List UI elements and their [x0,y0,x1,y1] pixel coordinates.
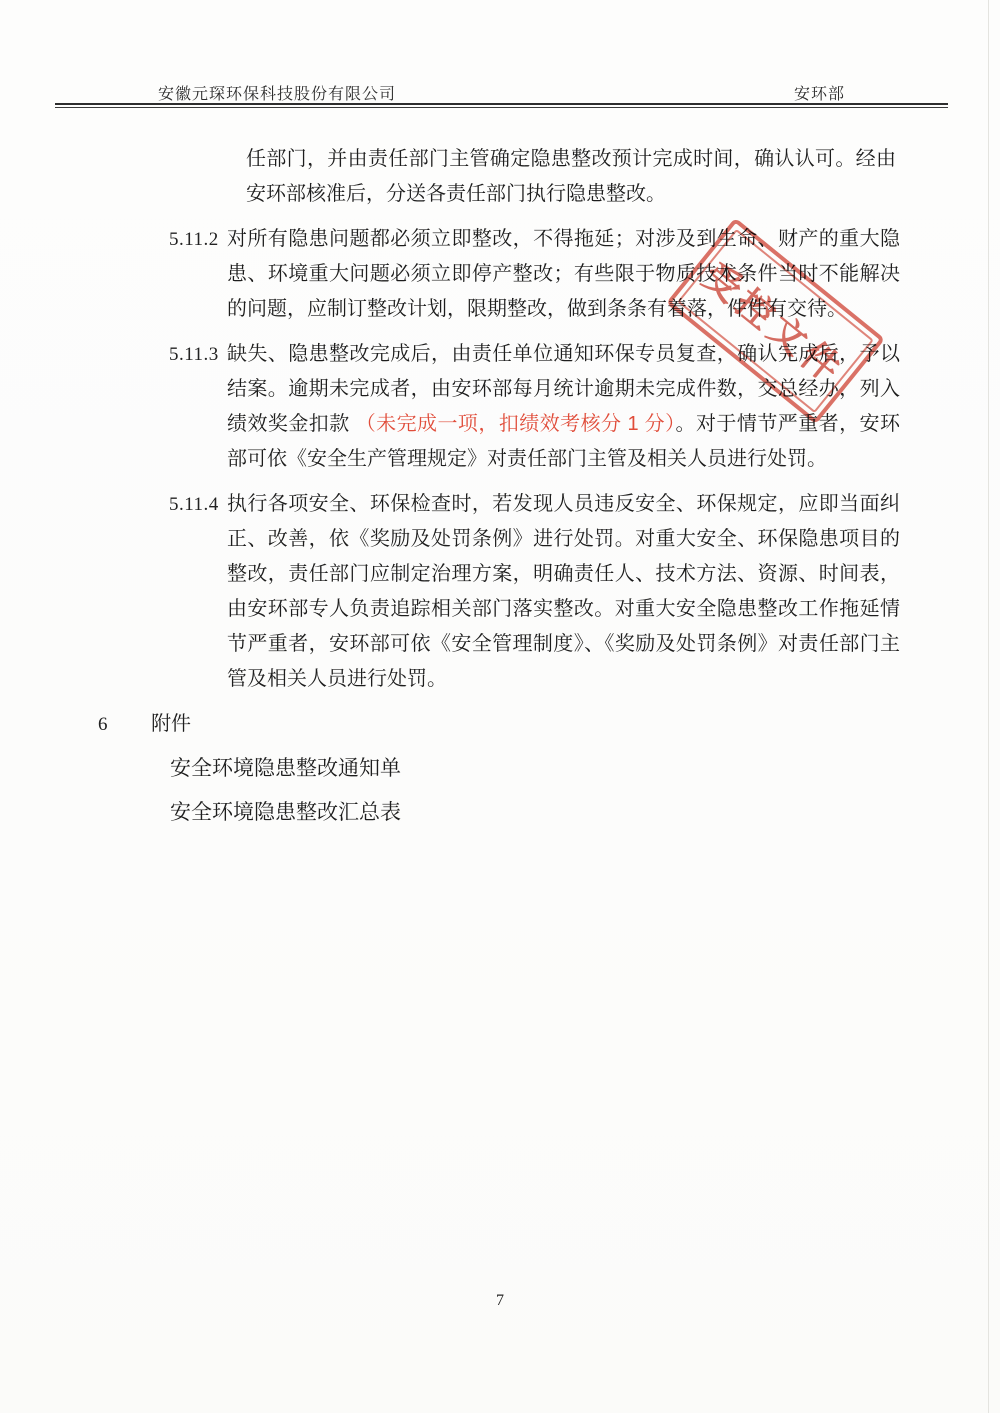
section-5-11-4: 5.11.4 执行各项安全、环保检查时，若发现人员违反安全、环保规定，应即当面纠… [227,487,900,697]
attachment-item-summary-table: 安全环境隐患整改汇总表 [170,795,1000,830]
header-divider [55,103,948,108]
document-page: 安徽元琛环保科技股份有限公司 安环部 任部门，并由责任部门主管确定隐患整改预计完… [0,0,1000,1413]
page-header: 安徽元琛环保科技股份有限公司 安环部 [158,81,845,104]
page-number: 7 [0,1292,1000,1310]
section-5-11-2-number: 5.11.2 [169,222,219,257]
penalty-note-red-text: （未完成一项，扣绩效考核分 1 分） [356,413,676,435]
department-name: 安环部 [794,81,845,104]
section-5-11-3-number: 5.11.3 [169,337,219,372]
section-5-11-2: 5.11.2 对所有隐患问题都必须立即整改，不得拖延；对涉及到生命、财产的重大隐… [227,222,900,327]
attachments-section-title: 附件 [151,713,191,735]
attachments-section-number: 6 [98,714,108,735]
section-5-11-4-number: 5.11.4 [169,487,219,522]
section-5-11-3: 5.11.3 缺失、隐患整改完成后，由责任单位通知环保专员复查，确认完成后，予以… [227,337,900,477]
section-5-11-4-text: 执行各项安全、环保检查时，若发现人员违反安全、环保规定，应即当面纠正、改善，依《… [227,493,900,690]
paragraph-continuation-text: 任部门，并由责任部门主管确定隐患整改预计完成时间，确认认可。经由安环部核准后，分… [246,148,896,205]
paragraph-continuation: 任部门，并由责任部门主管确定隐患整改预计完成时间，确认认可。经由安环部核准后，分… [246,142,896,212]
company-name: 安徽元琛环保科技股份有限公司 [158,81,396,104]
document-body: 任部门，并由责任部门主管确定隐患整改预计完成时间，确认认可。经由安环部核准后，分… [0,142,1000,830]
attachments-heading: 6 附件 [98,707,1000,742]
section-5-11-2-text: 对所有隐患问题都必须立即整改，不得拖延；对涉及到生命、财产的重大隐患、环境重大问… [227,228,900,320]
attachment-item-notice-form: 安全环境隐患整改通知单 [170,751,1000,786]
scan-edge-line [988,0,989,1413]
